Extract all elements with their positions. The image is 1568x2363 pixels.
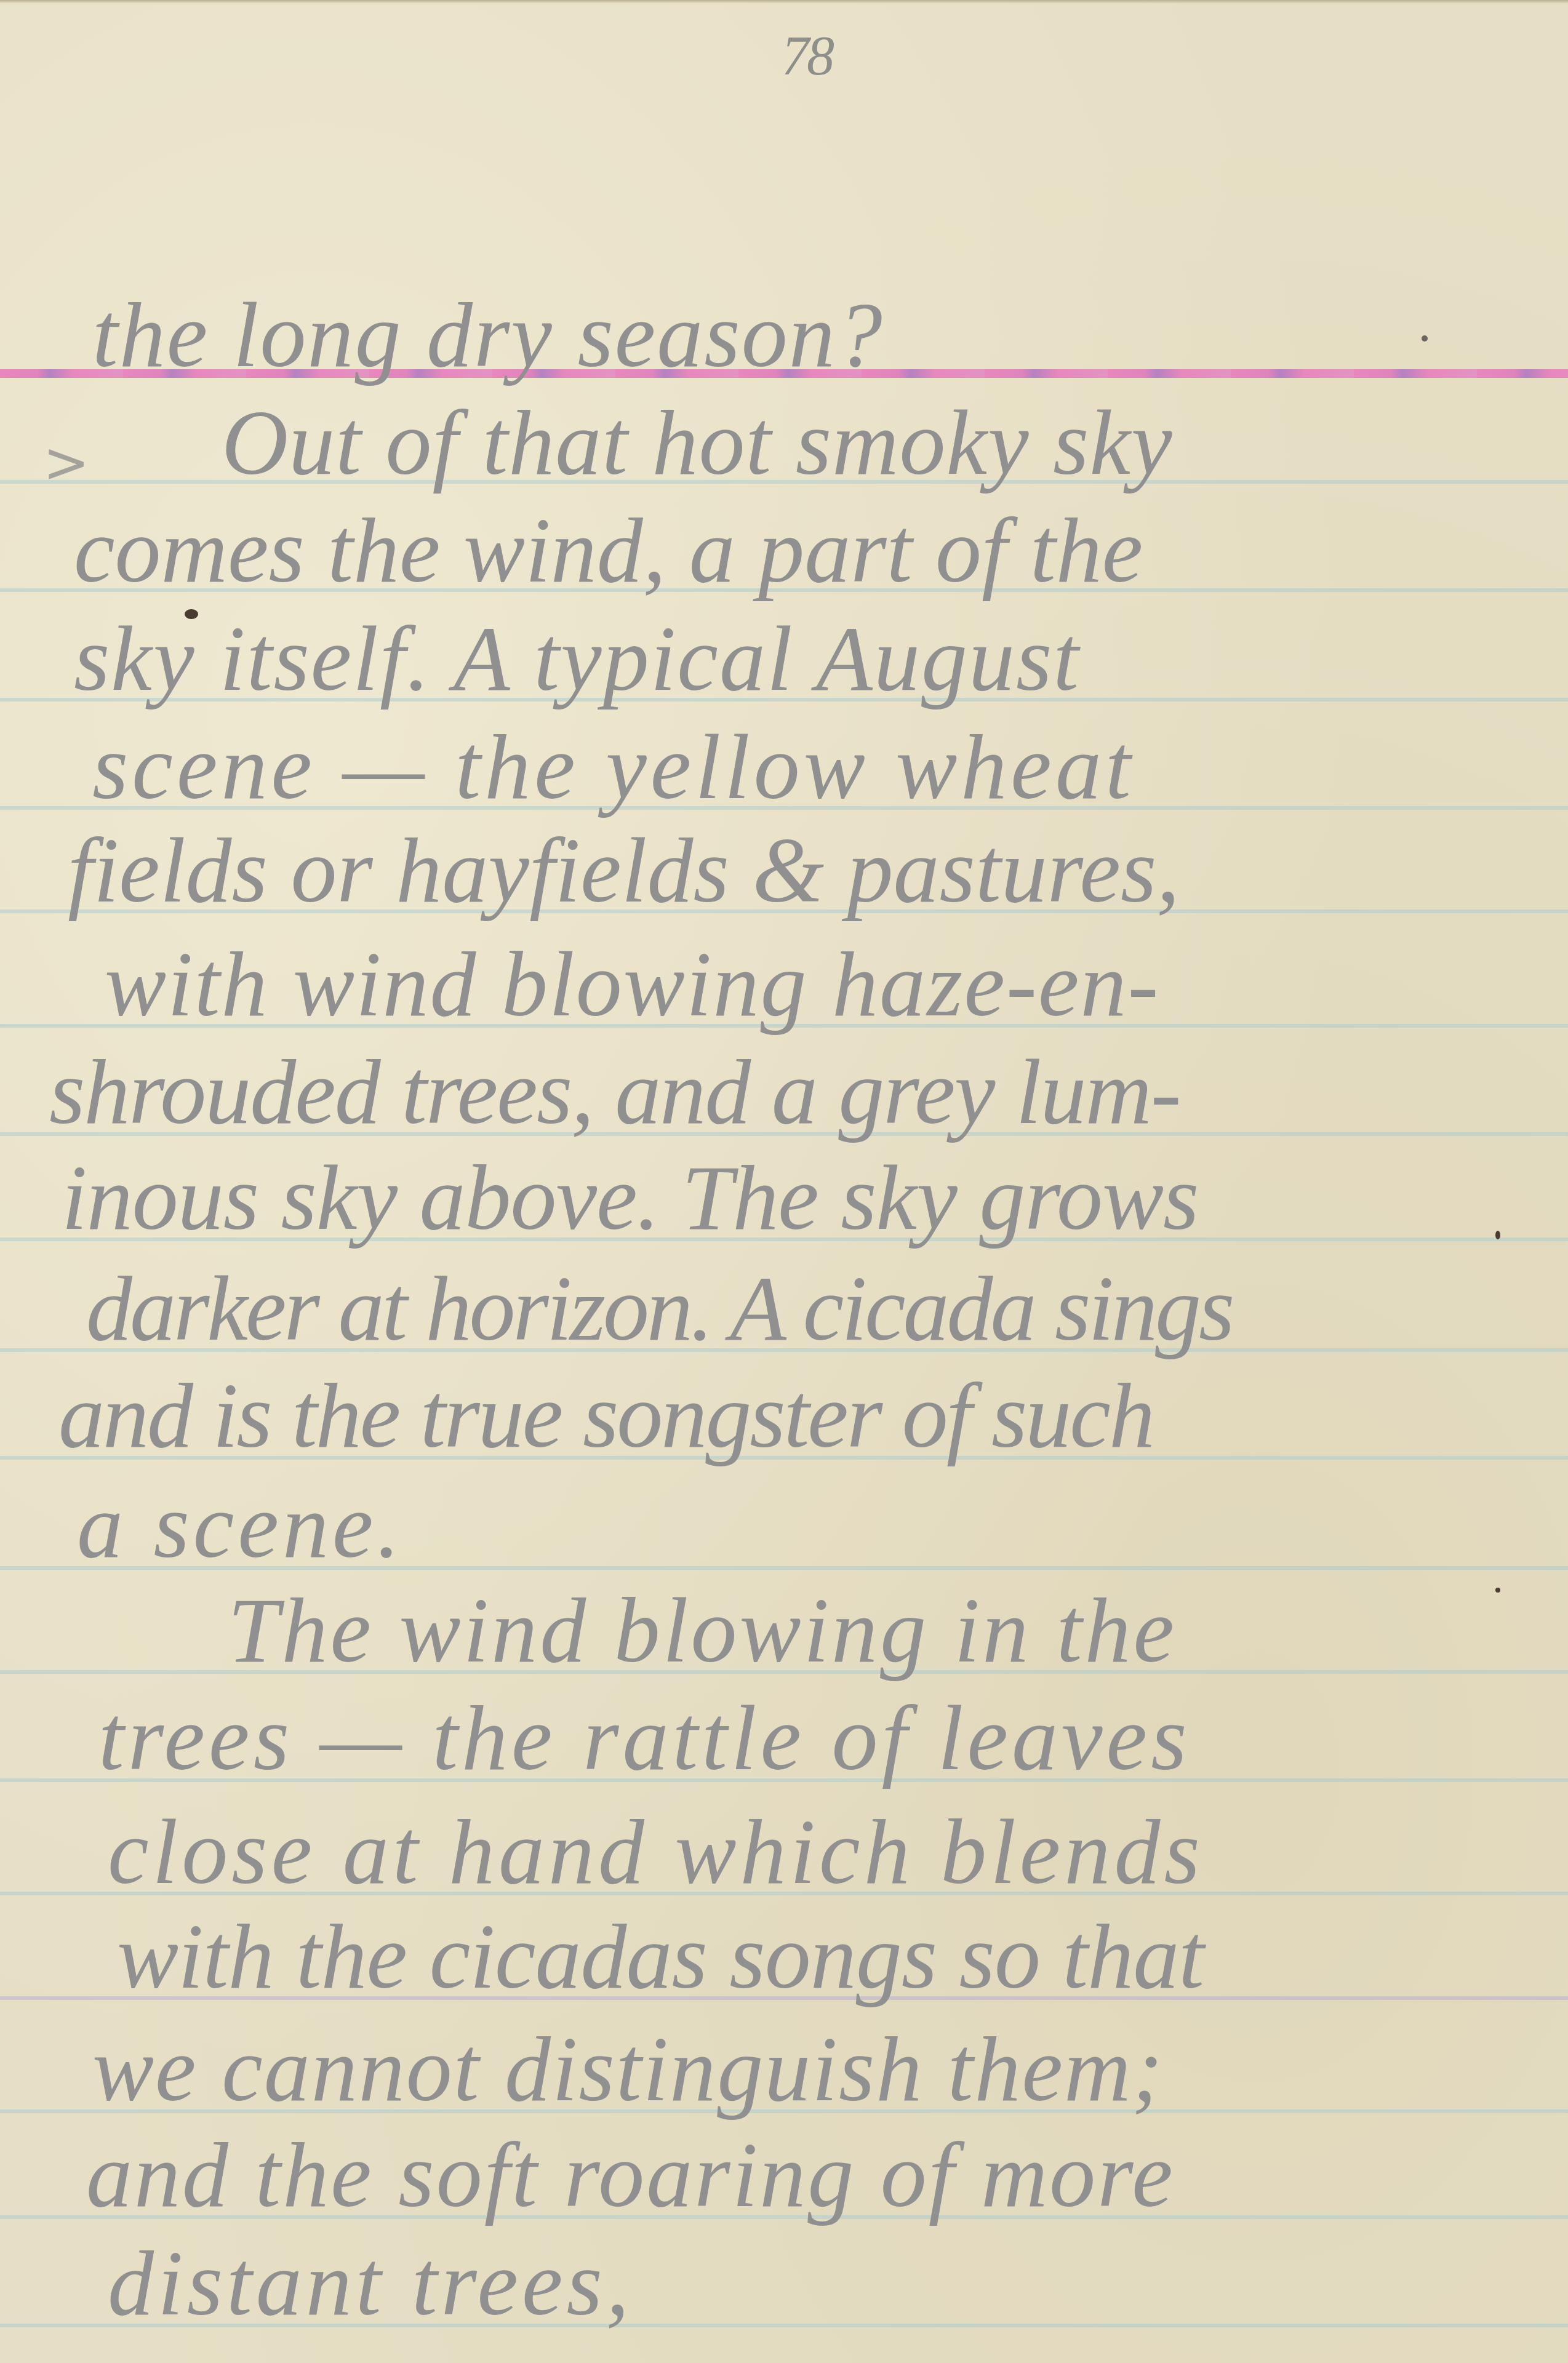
text-line-9: inous sky above. The sky grows <box>62 1152 1199 1244</box>
text-line-16: with the cicadas songs so that <box>117 1911 1204 2003</box>
text-line-12: a scene. <box>77 1480 404 1572</box>
text-line-10: darker at horizon. A cicada sings <box>86 1263 1232 1355</box>
text-line-6: fields or hayfields & pastures, <box>68 825 1180 917</box>
ink-speck <box>1495 1588 1500 1593</box>
text-line-14: trees — the rattle of leaves <box>98 1692 1191 1785</box>
text-line-15: close at hand which blends <box>108 1806 1204 1898</box>
text-line-18: and the soft roaring of more <box>86 2129 1175 2221</box>
ink-speck <box>1422 335 1428 342</box>
page-top-edge <box>0 0 1568 4</box>
notebook-page: 78 > the long dry season? Out of that ho… <box>0 0 1568 2363</box>
text-line-5: scene — the yellow wheat <box>92 721 1135 814</box>
text-line-19: distant trees, <box>108 2237 633 2330</box>
text-line-13: The wind blowing in the <box>228 1585 1177 1677</box>
text-line-17: we cannot distinguish them; <box>92 2023 1164 2116</box>
text-line-4: sky itself. A typical August <box>74 613 1080 705</box>
text-line-1: the long dry season? <box>92 289 884 382</box>
text-line-2: Out of that hot smoky sky <box>222 397 1173 489</box>
text-line-11: and is the true songster of such <box>58 1370 1153 1462</box>
margin-arrow-mark: > <box>43 431 89 495</box>
text-line-3: comes the wind, a part of the <box>74 505 1143 597</box>
text-line-7: with wind blowing haze-en- <box>105 938 1159 1031</box>
text-line-8: shrouded trees, and a grey lum- <box>49 1046 1180 1138</box>
page-number: 78 <box>782 25 832 88</box>
ink-speck <box>1495 1231 1500 1239</box>
